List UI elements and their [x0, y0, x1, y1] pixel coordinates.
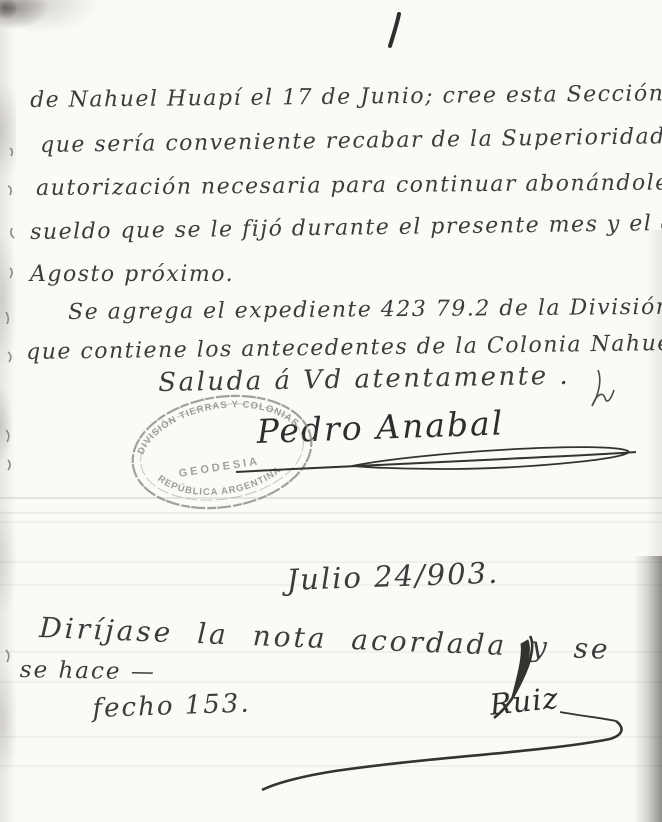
scan-right-edge-streak [646, 230, 662, 560]
body-line: autorización necesaria para continuar ab… [36, 170, 662, 201]
tierras-y-colonias-stamp: DIVISIÓN TIERRAS Y COLONIAS GEODESIA REP… [125, 384, 320, 521]
scan-corner-noise [0, 0, 110, 56]
body-line: de Nahuel Huapí el 17 de Junio; cree est… [30, 81, 662, 113]
body-line: Agosto próximo. [30, 262, 234, 287]
margin-ink-marks [6, 148, 14, 662]
fold-line [0, 765, 662, 767]
fold-line [0, 512, 662, 514]
sender-signature: Pedro Anabal [256, 403, 505, 451]
annotation-file-number: fecho 153. [92, 688, 251, 724]
margin-rubric [592, 370, 614, 406]
scanned-letter-page: de Nahuel Huapí el 17 de Junio; cree est… [0, 0, 662, 822]
annotation-date: Julio 24/903. [286, 556, 500, 597]
approver-signature: Ruiz [488, 681, 560, 722]
closing-line: Saluda á Vd atentamente . [158, 361, 570, 398]
body-line: que sería conveniente recabar de la Supe… [40, 124, 662, 158]
body-line: Se agrega el expediente 423 79.2 de la D… [68, 295, 662, 325]
stamp-bottom-text: REPÚBLICA ARGENTINA [154, 455, 286, 508]
body-line: que contiene los antecedentes de la Colo… [26, 330, 662, 365]
scan-right-edge-shadow [634, 556, 662, 822]
fold-line [0, 736, 662, 738]
sender-signature-flourish [236, 447, 636, 472]
annotation-line: se hace — [20, 657, 156, 685]
stamp-center-text: GEODESIA [178, 455, 261, 480]
body-line: sueldo que se le fijó durante el present… [30, 211, 662, 245]
fold-line [0, 521, 662, 523]
fold-line [0, 497, 662, 499]
annotation-line: Diríjase la nota acordada y se [39, 611, 612, 666]
page-mark-stroke [390, 14, 399, 46]
scan-left-edge-artifact [0, 0, 16, 822]
